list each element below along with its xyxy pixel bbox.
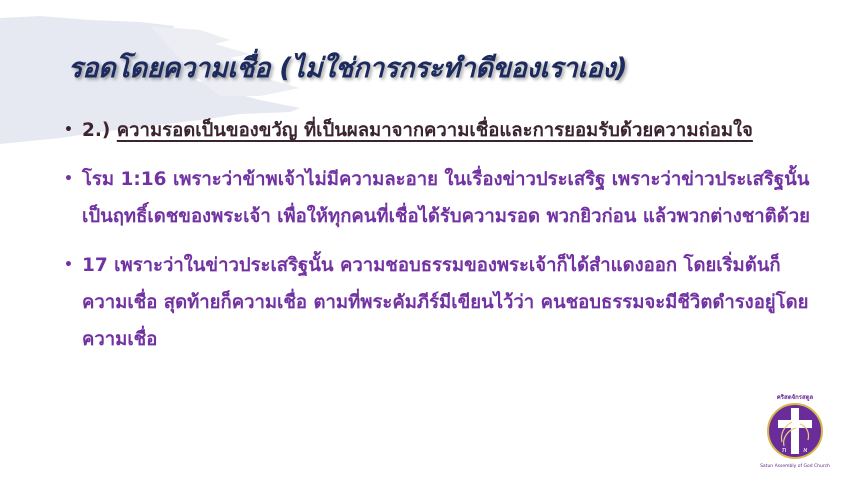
- svg-text:א: א: [803, 446, 808, 454]
- bullet-item-romans-1-17: •17 เพราะว่าในข่าวประเสริฐนั้น ความชอบธร…: [62, 247, 822, 358]
- cross-emblem-icon: ת א: [766, 402, 824, 460]
- bullet-text: โรม 1:16 เพราะว่าข้าพเจ้าไม่มีความละอาย …: [82, 169, 810, 227]
- logo-english-name: Satun Assembly of God Church: [752, 464, 838, 470]
- bullet-text: ความรอดเป็นของขวัญ ที่เป็นผลมาจากความเชื…: [117, 120, 753, 141]
- svg-text:ת: ת: [782, 446, 787, 454]
- slide-title: รอดโดยความเชื่อ (ไม่ใช่การกระทำดีของเราเ…: [68, 46, 627, 89]
- bullet-marker-icon: •: [64, 247, 73, 284]
- bullet-list: •2.) ความรอดเป็นของขวัญ ที่เป็นผลมาจากคว…: [62, 112, 822, 370]
- bullet-prefix: 2.): [82, 120, 117, 141]
- bullet-text: 17 เพราะว่าในข่าวประเสริฐนั้น ความชอบธรร…: [82, 255, 808, 350]
- bullet-item-romans-1-16: •โรม 1:16 เพราะว่าข้าพเจ้าไม่มีความละอาย…: [62, 161, 822, 235]
- slide: รอดโดยความเชื่อ (ไม่ใช่การกระทำดีของเราเ…: [0, 0, 860, 483]
- bullet-marker-icon: •: [64, 161, 73, 198]
- bullet-item-salvation-gift: •2.) ความรอดเป็นของขวัญ ที่เป็นผลมาจากคว…: [62, 112, 822, 149]
- church-logo: คริสตจักรสตูล ת א Satun Assembly of God …: [752, 394, 838, 472]
- logo-thai-name: คริสตจักรสตูล: [752, 394, 838, 402]
- bullet-marker-icon: •: [64, 112, 73, 149]
